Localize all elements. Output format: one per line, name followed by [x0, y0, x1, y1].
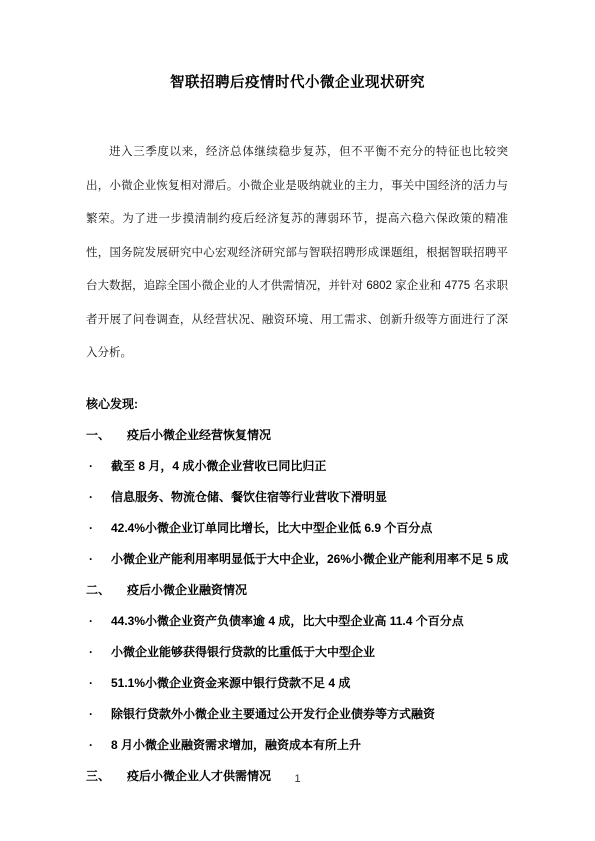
finding-item: ·信息服务、物流仓储、餐饮住宿等行业营收下滑明显 — [86, 482, 508, 513]
section-1-title: 疫后小微企业经营恢复情况 — [127, 428, 271, 442]
finding-item: ·8 月小微企业融资需求增加，融资成本有所上升 — [86, 730, 508, 761]
finding-text: 截至 8 月，4 成小微企业营收已同比归正 — [111, 459, 326, 473]
page-number: 1 — [0, 773, 595, 785]
document-title: 智联招聘后疫情时代小微企业现状研究 — [0, 0, 595, 92]
bullet-icon: · — [86, 730, 111, 761]
finding-item: ·除银行贷款外小微企业主要通过公开发行企业债券等方式融资 — [86, 699, 508, 730]
bullet-icon: · — [86, 513, 111, 544]
finding-item: ·51.1%小微企业资金来源中银行贷款不足 4 成 — [86, 668, 508, 699]
bullet-icon: · — [86, 668, 111, 699]
finding-text: 信息服务、物流仓储、餐饮住宿等行业营收下滑明显 — [111, 490, 387, 504]
document-page: 智联招聘后疫情时代小微企业现状研究 进入三季度以来，经济总体继续稳步复苏，但不平… — [0, 0, 595, 841]
finding-text: 除银行贷款外小微企业主要通过公开发行企业债券等方式融资 — [111, 707, 435, 721]
finding-item: ·小微企业产能利用率明显低于大中企业，26%小微企业产能利用率不足 5 成 — [86, 544, 508, 575]
bullet-icon: · — [86, 482, 111, 513]
bullet-icon: · — [86, 451, 111, 482]
section-1-heading: 一、疫后小微企业经营恢复情况 — [86, 420, 508, 451]
section-1-number: 一、 — [86, 420, 127, 451]
section-2-heading: 二、疫后小微企业融资情况 — [86, 575, 508, 606]
section-2-number: 二、 — [86, 575, 127, 606]
finding-text: 51.1%小微企业资金来源中银行贷款不足 4 成 — [111, 676, 350, 690]
finding-item: ·42.4%小微企业订单同比增长，比大中型企业低 6.9 个百分点 — [86, 513, 508, 544]
finding-item: ·小微企业能够获得银行贷款的比重低于大中型企业 — [86, 637, 508, 668]
bullet-icon: · — [86, 699, 111, 730]
finding-text: 42.4%小微企业订单同比增长，比大中型企业低 6.9 个百分点 — [111, 521, 432, 535]
core-findings-block: 核心发现: 一、疫后小微企业经营恢复情况 ·截至 8 月，4 成小微企业营收已同… — [86, 389, 508, 792]
finding-text: 小微企业能够获得银行贷款的比重低于大中型企业 — [111, 645, 375, 659]
finding-text: 44.3%小微企业资产负债率逾 4 成，比大中型企业高 11.4 个百分点 — [111, 614, 464, 628]
finding-item: ·44.3%小微企业资产负债率逾 4 成，比大中型企业高 11.4 个百分点 — [86, 606, 508, 637]
bullet-icon: · — [86, 606, 111, 637]
finding-item: ·截至 8 月，4 成小微企业营收已同比归正 — [86, 451, 508, 482]
section-2-title: 疫后小微企业融资情况 — [127, 583, 247, 597]
bullet-icon: · — [86, 637, 111, 668]
core-findings-label: 核心发现: — [86, 389, 508, 420]
bullet-icon: · — [86, 544, 111, 575]
finding-text: 小微企业产能利用率明显低于大中企业，26%小微企业产能利用率不足 5 成 — [111, 552, 508, 566]
finding-text: 8 月小微企业融资需求增加，融资成本有所上升 — [111, 738, 361, 752]
intro-paragraph: 进入三季度以来，经济总体继续稳步复苏，但不平衡不充分的特征也比较突出，小微企业恢… — [86, 136, 508, 371]
